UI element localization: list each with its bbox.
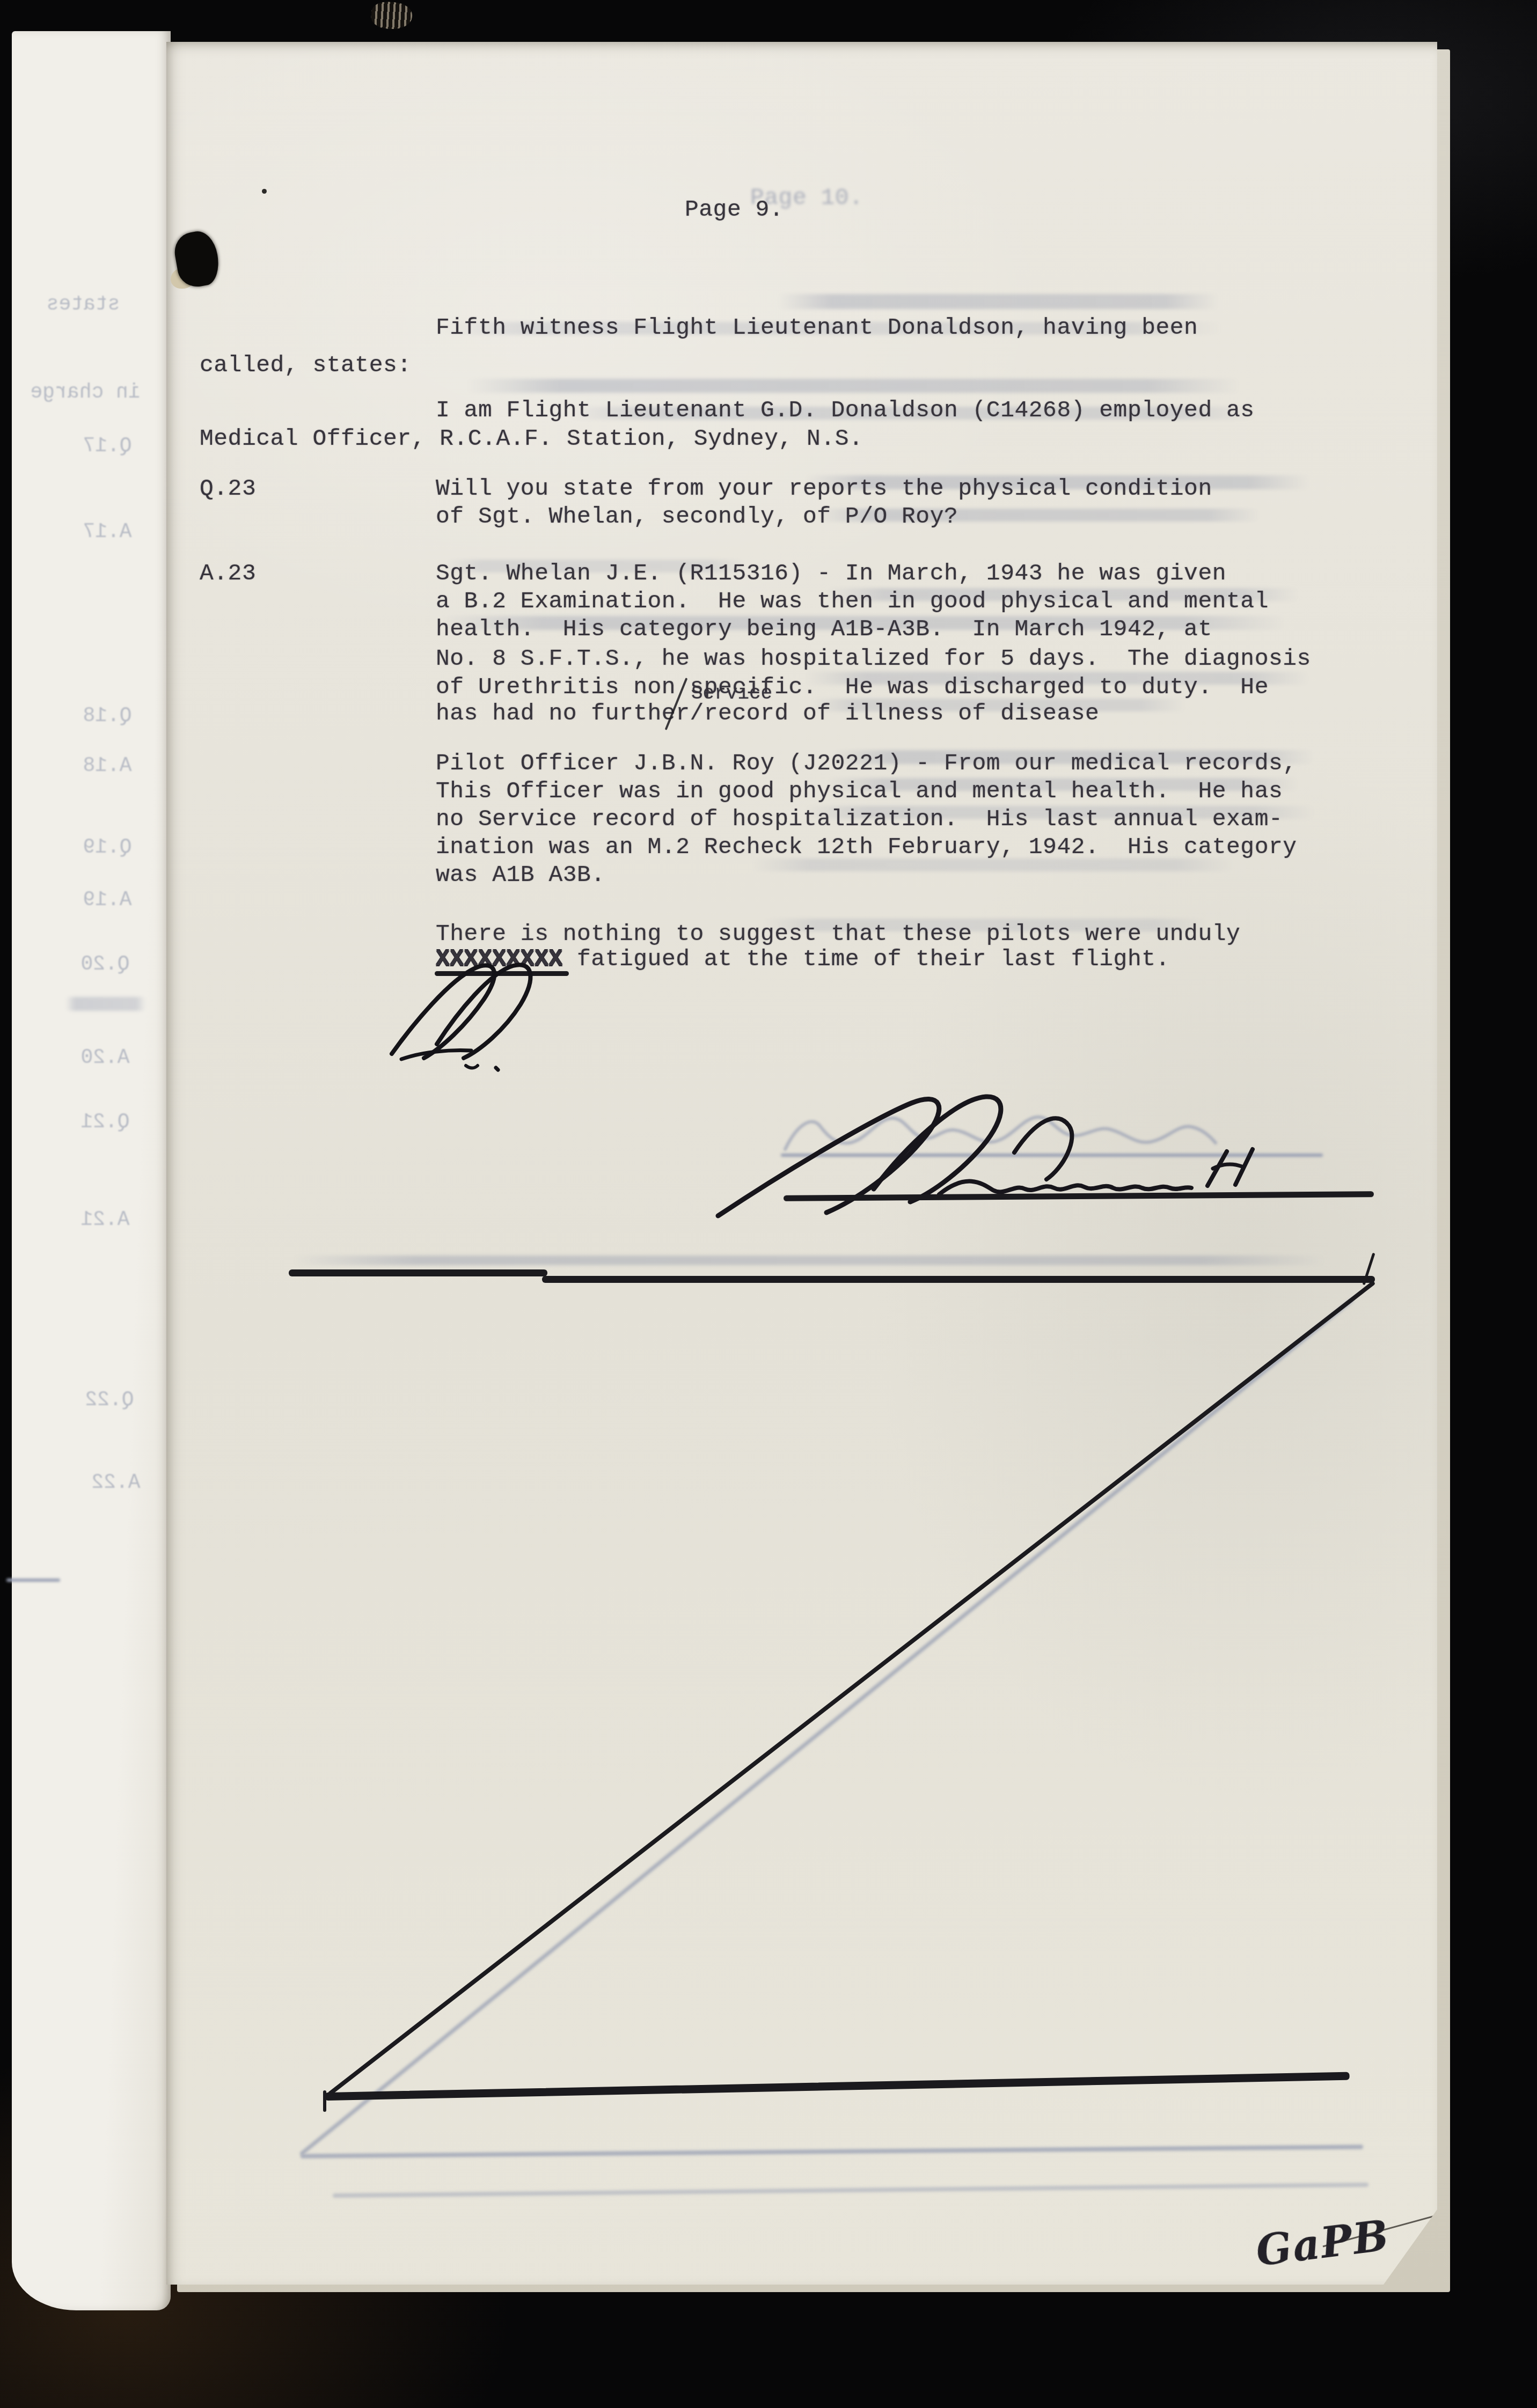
bleedthrough-smudge <box>778 294 1218 309</box>
identity-line-1: I am Flight Lieutenant G.D. Donaldson (C… <box>436 398 1255 423</box>
q23-label: Q.23 <box>200 476 256 501</box>
cancel-bottom-tick <box>323 2090 326 2112</box>
binding-hole-mark <box>370 1 413 30</box>
intro-line-2: called, states: <box>200 353 412 378</box>
a23-line-1: Sgt. Whelan J.E. (R115316) - In March, 1… <box>436 561 1226 586</box>
previous-page-edge: states in charge Q.17 A.17 Q.18 A.18 Q.1… <box>12 31 171 2310</box>
erased-pencil-band <box>292 1256 1326 1265</box>
cancel-diagonal-line <box>327 1280 1376 2096</box>
margin-ghost-q19: Q.19 <box>70 836 145 859</box>
margin-ghost-q22: Q.22 <box>72 1389 147 1412</box>
a23-line-2: a B.2 Examination. He was then in good p… <box>436 589 1269 614</box>
margin-ghost-in-charge: in charge <box>21 381 149 404</box>
margin-ghost-a20: A.20 <box>68 1046 143 1069</box>
a23-line-6: has had no further/record of illness of … <box>436 701 1099 726</box>
margin-ghost-q17: Q.17 <box>70 435 145 458</box>
pencil-horizontal-2 <box>333 2183 1368 2198</box>
margin-ghost-q21: Q.21 <box>68 1111 143 1134</box>
roy-line-5: was A1B A3B. <box>436 863 605 887</box>
cancel-bottom-rule <box>325 2072 1350 2101</box>
margin-ghost-a18: A.18 <box>70 754 145 777</box>
roy-line-1: Pilot Officer J.B.N. Roy (J20221) - From… <box>436 751 1297 776</box>
scanned-document: states in charge Q.17 A.17 Q.18 A.18 Q.1… <box>0 0 1537 2408</box>
margin-ghost-a21: A.21 <box>68 1208 143 1231</box>
roy-line-3: no Service record of hospitalization. Hi… <box>436 807 1283 832</box>
a23-line-3: health. His category being A1B-A3B. In M… <box>436 617 1212 642</box>
closing-line-2-rest: fatigued at the time of their last fligh… <box>563 946 1170 972</box>
margin-ghost-a17: A.17 <box>70 520 145 544</box>
intro-line-1: Fifth witness Flight Lieutenant Donaldso… <box>436 315 1198 340</box>
bleedthrough-smudge <box>751 858 1234 871</box>
roy-line-4: ination was an M.2 Recheck 12th February… <box>436 835 1297 860</box>
q23-line-1: Will you state from your reports the phy… <box>436 476 1212 501</box>
margin-pencil-dash <box>6 1579 60 1582</box>
page-number: Page 9. <box>685 197 784 222</box>
q23-line-2: of Sgt. Whelan, secondly, of P/O Roy? <box>436 504 958 529</box>
margin-ghost-a22: A.22 <box>78 1471 153 1494</box>
bleedthrough-smudge <box>467 379 1240 393</box>
witness-initials-monogram <box>385 959 562 1075</box>
bleedthrough-smudge <box>1488 1127 1507 1234</box>
margin-ghost-q20: Q.20 <box>68 953 143 976</box>
cancel-top-rule-right <box>542 1276 1375 1283</box>
ink-speck <box>262 189 267 194</box>
donaldson-signature <box>714 1088 1336 1228</box>
identity-line-2: Medical Officer, R.C.A.F. Station, Sydne… <box>200 427 863 451</box>
cancel-top-rule-left <box>289 1269 547 1276</box>
pencil-horizontal-1 <box>301 2145 1363 2158</box>
a23-line-4: No. 8 S.F.T.S., he was hospitalized for … <box>436 647 1311 671</box>
margin-smudge <box>65 997 146 1011</box>
pencil-diagonal-line <box>299 1298 1354 2156</box>
a23-label: A.23 <box>200 561 256 586</box>
margin-ghost-a19: A.19 <box>70 889 145 912</box>
roy-line-2: This Officer was in good physical and me… <box>436 779 1283 804</box>
margin-ghost-states: states <box>32 293 134 316</box>
closing-line-1: There is nothing to suggest that these p… <box>436 922 1240 946</box>
margin-ghost-q18: Q.18 <box>70 704 145 728</box>
document-page: Page 10. Page 9. Fifth witness Flight Li… <box>166 42 1437 2285</box>
a23-line-5: of Urethritis non specific. He was disch… <box>436 675 1269 700</box>
